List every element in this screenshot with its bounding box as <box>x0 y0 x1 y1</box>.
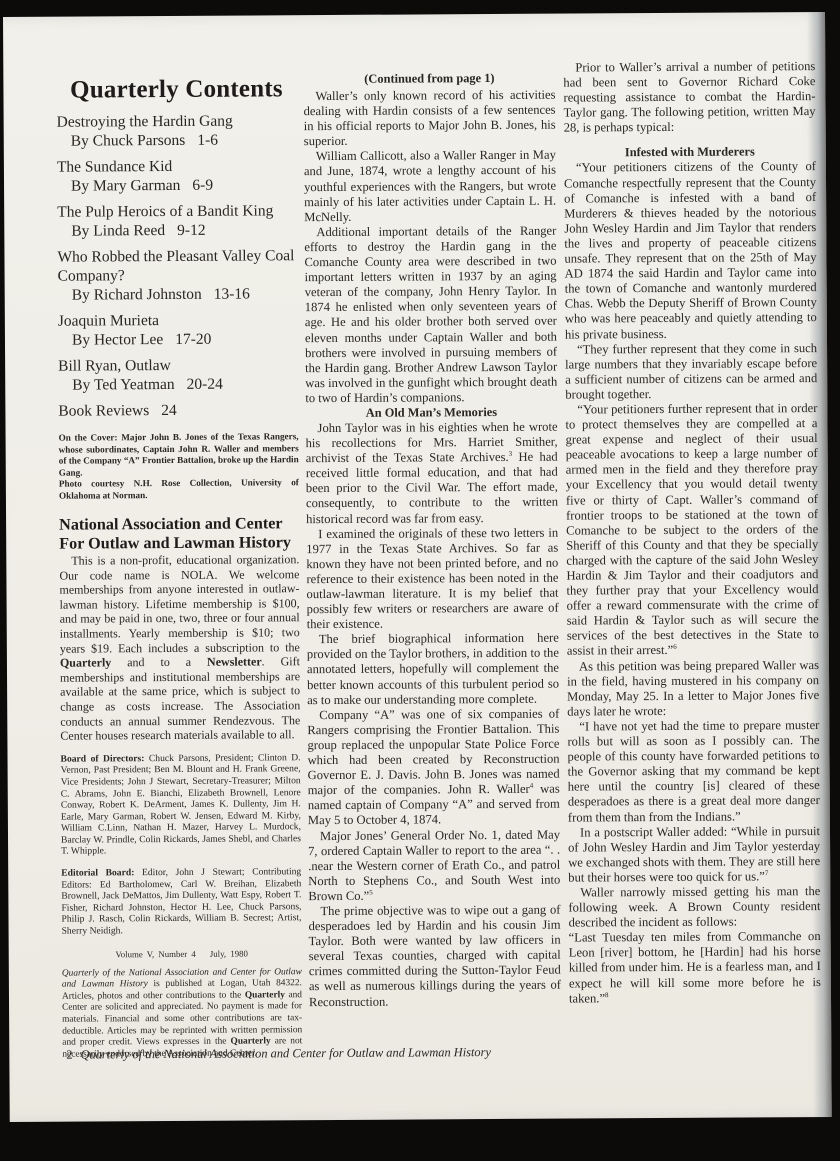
toc-entry-author: By Chuck Parsons <box>71 132 186 150</box>
article-paragraph: In a postscript Waller added: “While in … <box>568 824 820 886</box>
photo-credit: Photo courtesy N.H. Rose Collection, Uni… <box>59 477 299 501</box>
toc-entry-title: The Pulp Heroics of a Bandit King <box>57 201 297 221</box>
toc-entry-pages: 9-12 <box>177 222 206 239</box>
article-paragraph: Additional important details of the Rang… <box>304 223 557 406</box>
article-paragraph: Company “A” was one of six companies of … <box>307 706 560 828</box>
toc-entry: The Pulp Heroics of a Bandit King By Lin… <box>57 201 297 240</box>
toc-entry-pages: 1-6 <box>197 132 218 149</box>
footer-publication-title: Quarterly of the National Association an… <box>80 1045 490 1062</box>
volume-number: Volume V, Number 4 <box>115 948 195 958</box>
toc-entry: Joaquin Murieta By Hector Lee17-20 <box>58 310 298 349</box>
magazine-page: Quarterly Contents Destroying the Hardin… <box>3 12 832 1122</box>
cover-note-text: On the Cover: Major John B. Jones of the… <box>59 431 299 478</box>
toc-entry-title: Joaquin Murieta <box>58 310 298 330</box>
article-paragraph: I examined the originals of these two le… <box>306 525 559 632</box>
article-paragraph: Waller narrowly missed getting his man t… <box>568 884 820 931</box>
article-paragraph: Waller’s only known record of his activi… <box>303 88 555 150</box>
footnote-ref: 5 <box>369 888 373 896</box>
quote-paragraph: “Last Tuesday ten miles from Commanche o… <box>569 929 821 1006</box>
board-of-directors: Board of Directors: Chuck Parsons, Presi… <box>60 752 301 858</box>
toc-entry: Who Robbed the Pleasant Valley Coal Comp… <box>57 246 297 304</box>
toc-entry-title: Destroying the Hardin Gang <box>57 111 297 131</box>
contents-title: Quarterly Contents <box>56 75 296 104</box>
issue-date: July, 1980 <box>210 948 248 958</box>
footnote-ref: 8 <box>605 991 609 999</box>
toc-entry: The Sundance Kid By Mary Garman6-9 <box>57 156 297 195</box>
running-footer: 2Quarterly of the National Association a… <box>66 1045 491 1063</box>
petition-paragraph: “Your petitioners citizens of the County… <box>564 160 817 343</box>
quote-paragraph: “I have not yet had the time to prepare … <box>567 718 820 825</box>
toc-entry-title: Bill Ryan, Outlaw <box>58 355 298 375</box>
article-paragraph: William Callicott, also a Waller Ranger … <box>304 148 556 225</box>
toc-entry-pages: 13-16 <box>214 285 250 302</box>
toc-entry-pages: 24 <box>161 402 177 419</box>
toc-entry-author: By Mary Garman <box>71 177 180 195</box>
article-paragraph: The brief biographical information here … <box>307 631 559 708</box>
volume-issue-line: Volume V, Number 4July, 1980 <box>62 948 302 959</box>
page-number: 2 <box>66 1048 72 1062</box>
toc-entry-author: By Richard Johnston <box>72 286 202 304</box>
association-title: National Association and Center For Outl… <box>59 514 299 553</box>
subheading-infested-with-murderers: Infested with Murderers <box>564 145 816 162</box>
cover-note: On the Cover: Major John B. Jones of the… <box>59 431 299 501</box>
toc-entry: Book Reviews24 <box>58 400 298 420</box>
toc-entry-title: Who Robbed the Pleasant Valley Coal Comp… <box>57 246 297 285</box>
toc-entry: Destroying the Hardin Gang By Chuck Pars… <box>57 111 297 150</box>
petition-paragraph: “Your petitioners further represent that… <box>565 401 819 659</box>
subheading-old-mans-memories: An Old Man’s Memories <box>305 405 557 422</box>
left-column: Quarterly Contents Destroying the Hardin… <box>56 75 302 1061</box>
footnote-ref: 6 <box>673 643 677 651</box>
petition-paragraph: “They further represent that they come i… <box>565 341 817 403</box>
toc-entry-title: Book Reviews <box>58 402 149 420</box>
editorial-board: Editorial Board: Editor, John J Stewart;… <box>61 866 301 937</box>
article-paragraph: John Taylor was in his eighties when he … <box>305 420 558 527</box>
toc-entry-pages: 6-9 <box>192 177 213 194</box>
article-paragraph: The prime objective was to wipe out a ga… <box>308 903 561 1010</box>
article-paragraph: As this petition was being prepared Wall… <box>567 658 819 720</box>
toc-entry-author: By Ted Yeatman <box>72 376 175 394</box>
footnote-ref: 7 <box>765 869 769 877</box>
article-paragraph: Prior to Waller’s arrival a number of pe… <box>563 59 815 136</box>
toc-entry-pages: 20-24 <box>187 376 223 393</box>
article-paragraph: Major Jones’ General Order No. 1, dated … <box>308 827 560 904</box>
toc-entry: Bill Ryan, Outlaw By Ted Yeatman20-24 <box>58 355 298 394</box>
toc-entry-author: By Hector Lee <box>72 331 163 349</box>
toc-entry-title: The Sundance Kid <box>57 156 297 176</box>
continued-from-label: (Continued from page 1) <box>303 71 555 88</box>
right-column: Prior to Waller’s arrival a number of pe… <box>563 59 821 1006</box>
toc-entry-author: By Linda Reed <box>71 222 165 240</box>
middle-column: (Continued from page 1) Waller’s only kn… <box>303 71 561 1010</box>
toc-entry-pages: 17-20 <box>175 331 211 348</box>
association-description: This is a non-profit, educational organi… <box>59 552 300 743</box>
